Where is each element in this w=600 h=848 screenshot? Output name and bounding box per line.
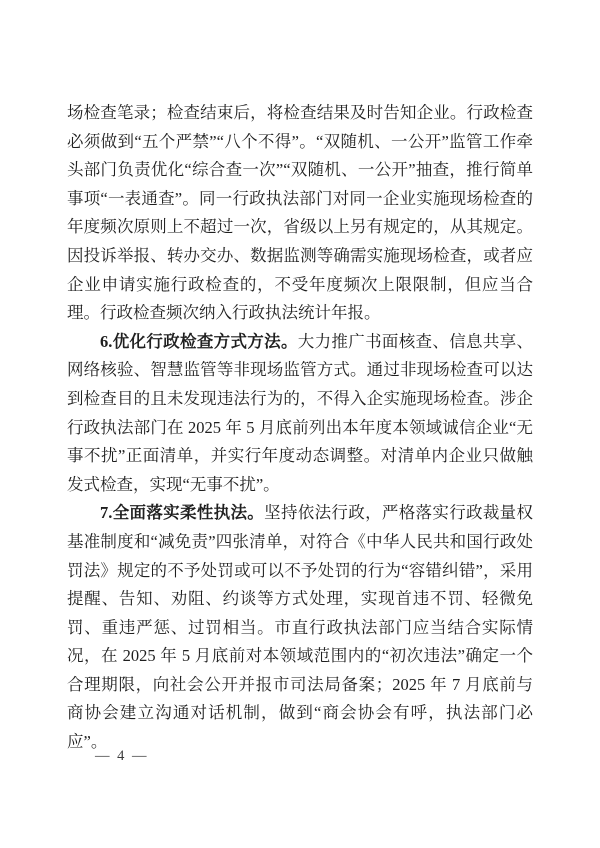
paragraph: 7.全面落实柔性执法。坚持依法行政，严格落实行政裁量权基准制度和“减免责”四张清…	[67, 499, 533, 756]
paragraph: 6.优化行政检查方式方法。大力推广书面核查、信息共享、网络核验、智慧监管等非现场…	[67, 328, 533, 500]
paragraph: 场检查笔录；检查结束后，将检查结果及时告知企业。行政检查必须做到“五个严禁”“八…	[67, 99, 533, 328]
document-body: 场检查笔录；检查结束后，将检查结果及时告知企业。行政检查必须做到“五个严禁”“八…	[67, 99, 533, 757]
page-number: — 4 —	[95, 748, 149, 765]
section-heading: 7.全面落实柔性执法。	[100, 503, 264, 522]
section-heading: 6.优化行政检查方式方法。	[100, 332, 298, 351]
document-page: 场检查笔录；检查结束后，将检查结果及时告知企业。行政检查必须做到“五个严禁”“八…	[0, 0, 600, 848]
